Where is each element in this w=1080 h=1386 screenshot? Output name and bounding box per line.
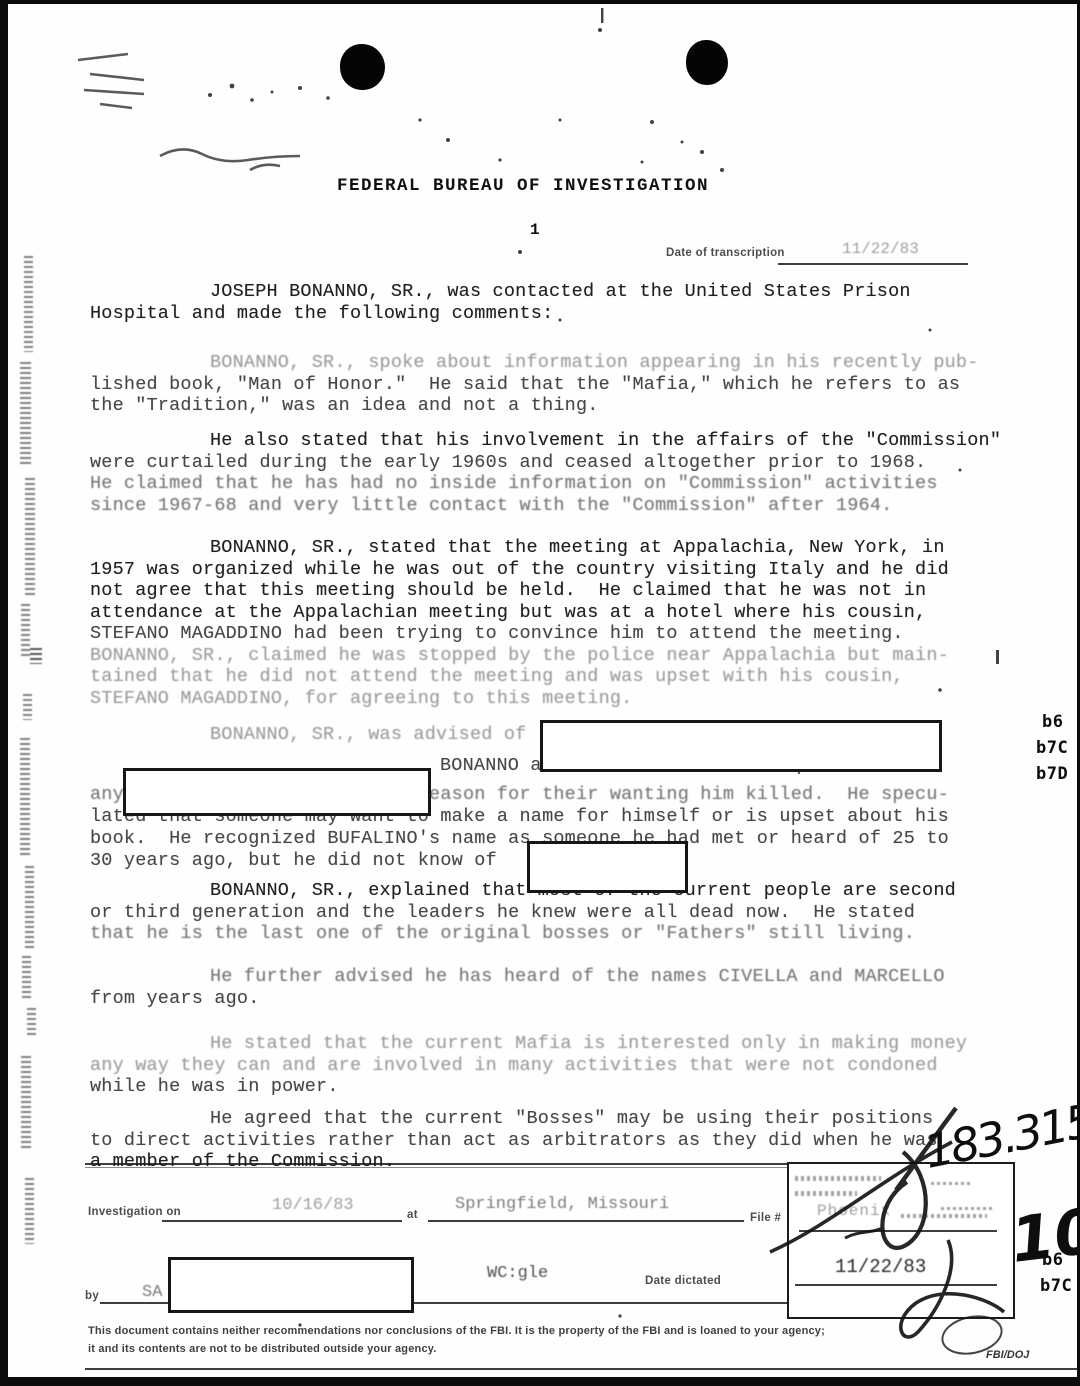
transcription-label: Date of transcription	[666, 247, 785, 259]
classification-code: b7C	[1040, 1276, 1072, 1296]
text-line: or third generation and the leaders he k…	[90, 902, 995, 924]
text-line: tained that he did not attend the meetin…	[90, 666, 995, 688]
text-line: lished book, "Man of Honor." He said tha…	[90, 374, 995, 396]
document-title: FEDERAL BUREAU OF INVESTIGATION	[0, 176, 1046, 196]
form-underline	[428, 1220, 744, 1222]
margin-bleed-text	[25, 478, 35, 596]
text-line: He further advised he has heard of the n…	[90, 966, 995, 988]
file-value: Phoenix	[817, 1202, 891, 1220]
margin-bleed-text	[20, 362, 31, 466]
paragraph: BONANNO, SR., spoke about information ap…	[90, 352, 995, 417]
illegible-marks	[795, 1191, 857, 1196]
classification-code: b7C	[1036, 738, 1068, 758]
text-line: attendance at the Appalachian meeting bu…	[90, 602, 995, 624]
margin-bleed-text	[30, 648, 42, 664]
text-line: BONANNO, SR., spoke about information ap…	[90, 352, 995, 374]
disclaimer-line: This document contains neither recommend…	[88, 1322, 978, 1340]
text-line: He stated that the current Mafia is inte…	[90, 1033, 995, 1055]
agent-prefix: SA	[142, 1283, 162, 1302]
typist-initials: WC:gle	[487, 1264, 548, 1283]
form-underline	[778, 263, 968, 265]
margin-bleed-text	[20, 738, 30, 856]
redaction-box	[168, 1257, 414, 1313]
footer-rule	[85, 1368, 1077, 1370]
transcription-date: 11/22/83	[842, 240, 919, 258]
paragraph: JOSEPH BONANNO, SR., was contacted at th…	[90, 281, 995, 324]
illegible-marks	[931, 1182, 973, 1185]
page-edge-top	[0, 0, 1080, 4]
illegible-marks	[901, 1214, 987, 1218]
classification-code: b7D	[1036, 764, 1068, 784]
text-line: the "Tradition," was an idea and not a t…	[90, 395, 995, 417]
date-dictated-label: Date dictated	[645, 1275, 721, 1287]
page-number: 1	[530, 221, 540, 239]
page-edge-left	[0, 0, 8, 1386]
investigation-label: Investigation on	[88, 1206, 181, 1218]
illegible-marks	[941, 1207, 993, 1210]
text-line: were curtailed during the early 1960s an…	[90, 452, 995, 474]
margin-bleed-text	[25, 866, 34, 948]
location-value: Springfield, Missouri	[455, 1195, 669, 1214]
form-underline	[795, 1284, 997, 1286]
margin-bleed-text	[27, 1008, 36, 1036]
redaction-box	[527, 841, 688, 893]
text-line: Hospital and made the following comments…	[90, 303, 995, 325]
hole-punch	[340, 44, 385, 90]
margin-bleed-text	[21, 604, 30, 658]
disclaimer-line: it and its contents are not to be distri…	[88, 1340, 978, 1358]
margin-bleed-text	[22, 956, 31, 1000]
paragraph: He stated that the current Mafia is inte…	[90, 1033, 995, 1098]
text-line: any way they can and are involved in man…	[90, 1055, 995, 1077]
date-dictated-value: 11/22/83	[835, 1256, 926, 1278]
text-line: STEFANO MAGADDINO, for agreeing to this …	[90, 688, 995, 710]
paragraph-redacted: BONANNO, SR., was advised of BONANNO adv…	[90, 724, 995, 904]
fbi-document-page: FEDERAL BUREAU OF INVESTIGATION 1 Date o…	[0, 0, 1080, 1386]
margin-bleed-text	[23, 694, 32, 720]
pen-scribble	[78, 54, 300, 170]
text-line: 1957 was organized while he was out of t…	[90, 559, 995, 581]
text-line: JOSEPH BONANNO, SR., was contacted at th…	[90, 281, 995, 303]
text-line: He claimed that he has had no inside inf…	[90, 473, 995, 495]
paragraph: He further advised he has heard of the n…	[90, 966, 995, 1009]
redaction-box	[123, 768, 431, 816]
paste-over-box: Phoenix 11/22/83	[787, 1162, 1015, 1319]
text-line: from years ago.	[90, 988, 995, 1010]
form-underline	[162, 1220, 402, 1222]
text-line: BONANNO, SR., claimed he was stopped by …	[90, 645, 995, 667]
fbi-doj-credit: FBI/DOJ	[986, 1349, 1029, 1361]
page-edge-bottom	[0, 1377, 1080, 1386]
text-line: STEFANO MAGADDINO had been trying to con…	[90, 623, 995, 645]
form-underline	[799, 1230, 997, 1232]
at-label: at	[407, 1209, 418, 1221]
text-line: since 1967-68 and very little contact wi…	[90, 495, 995, 517]
paragraph: BONANNO, SR., stated that the meeting at…	[90, 537, 995, 709]
text-line: not agree that this meeting should be he…	[90, 580, 995, 602]
hole-punch	[686, 40, 728, 85]
illegible-marks	[795, 1176, 881, 1181]
file-label: File #	[750, 1212, 781, 1224]
margin-bleed-text	[21, 1056, 31, 1148]
text-line: that he is the last one of the original …	[90, 923, 995, 945]
classification-code: b6	[1042, 712, 1063, 732]
classification-code: b6	[1042, 1250, 1063, 1270]
redaction-box	[540, 720, 942, 772]
paragraph: He also stated that his involvement in t…	[90, 430, 995, 516]
investigation-date: 10/16/83	[272, 1196, 354, 1215]
text-line: He also stated that his involvement in t…	[90, 430, 995, 452]
text-line: He agreed that the current "Bosses" may …	[90, 1108, 995, 1130]
margin-bleed-text	[25, 1178, 34, 1244]
by-label: by	[85, 1290, 99, 1302]
text-line: BONANNO, SR., stated that the meeting at…	[90, 537, 995, 559]
text-line: to direct activities rather than act as …	[90, 1130, 995, 1152]
text-line: while he was in power.	[90, 1076, 995, 1098]
margin-bleed-text	[24, 256, 33, 352]
